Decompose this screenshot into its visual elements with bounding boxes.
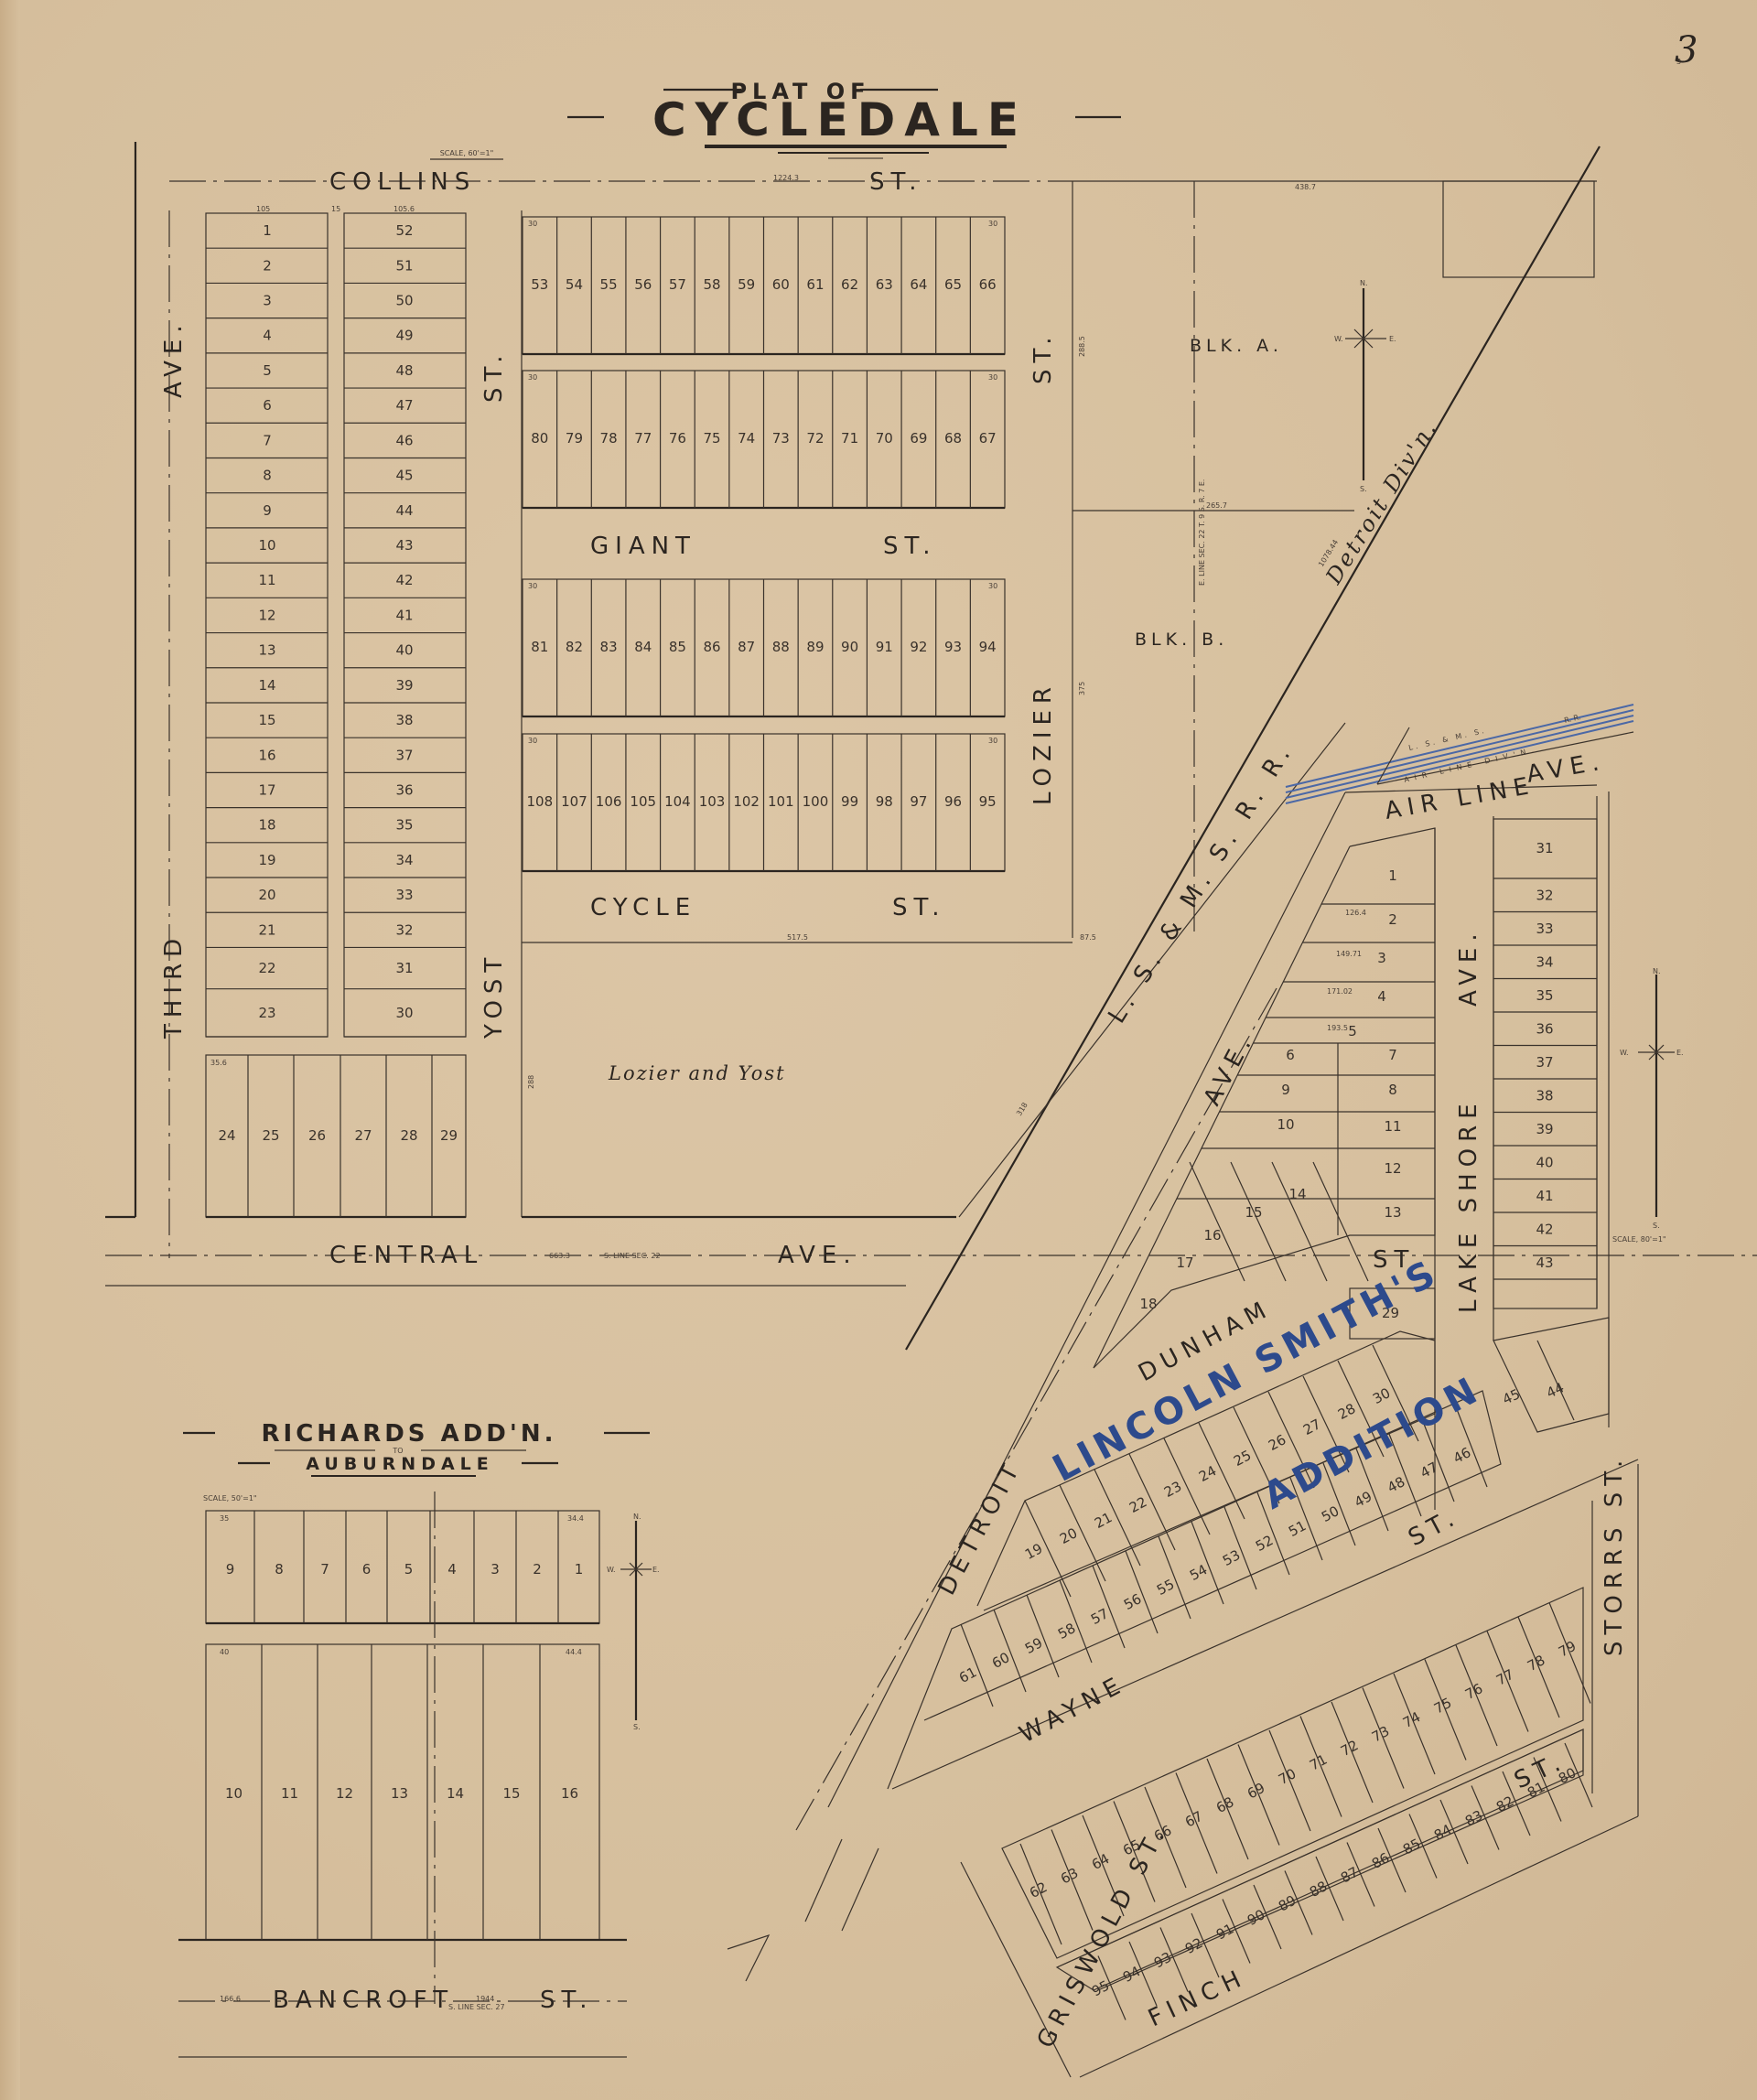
street-bancroft-st: ST. (540, 1987, 594, 2014)
block-lots-24-29: 24252627282935.6 (206, 1055, 466, 1217)
lot-27: 27 (1300, 1416, 1323, 1438)
street-giant: GIANT (590, 533, 696, 560)
lot-87: 87 (738, 639, 755, 655)
lot-28: 28 (1335, 1400, 1358, 1423)
printed-page-number: 3 (1676, 58, 1681, 66)
lot-10: 10 (1277, 1116, 1294, 1133)
blk-a-bottom-dim: 265.7 (1206, 501, 1227, 510)
lot-53: 53 (1220, 1546, 1243, 1569)
lot-107: 107 (561, 793, 587, 810)
lot-7: 7 (320, 1561, 329, 1578)
plat-map: 3 3 PLAT OF CYCLEDALE SCALE, 60'=1" COLL… (0, 0, 1757, 2100)
lot-44: 44 (395, 502, 413, 519)
lot-22: 22 (258, 960, 275, 976)
richards-addition: RICHARDS ADD'N. TO AUBURNDALE SCALE, 50'… (178, 1420, 650, 2057)
block-lots-53-66: 53545556575859606162636465663030 (523, 217, 1005, 354)
lot-32: 32 (395, 921, 413, 938)
dim-40: 40 (220, 1648, 229, 1656)
block-lots-95-108: 1081071061051041031021011009998979695303… (523, 734, 1005, 871)
lot-51: 51 (395, 257, 413, 274)
lot-32: 32 (1536, 887, 1553, 903)
main-title: PLAT OF CYCLEDALE (567, 79, 1121, 158)
lot-24: 24 (218, 1127, 235, 1144)
compass-richards-e: E. (652, 1566, 660, 1574)
lot-1: 1 (263, 222, 272, 239)
lot-55: 55 (600, 276, 618, 293)
lot-13: 13 (1384, 1204, 1401, 1221)
street-cycle-st: ST. (892, 894, 946, 921)
lozier-yost-side-dim: 288 (527, 1075, 535, 1089)
lot-62: 62 (841, 276, 858, 293)
compass-e: E. (1389, 335, 1396, 343)
bancroft-left-dim: 166.6 (220, 1995, 241, 2003)
lot-2: 2 (533, 1561, 542, 1578)
lot-6: 6 (1286, 1047, 1295, 1063)
lot-36: 36 (1536, 1020, 1553, 1037)
lot-34: 34 (1536, 953, 1553, 970)
lot-72: 72 (806, 430, 824, 447)
lot-35: 35 (1536, 987, 1553, 1004)
dim-30: 30 (528, 373, 537, 382)
street-lozier-st: ST. (1029, 330, 1057, 384)
compass-lincoln-e: E. (1676, 1049, 1684, 1057)
lot-37: 37 (395, 747, 413, 763)
lot-31: 31 (395, 960, 413, 976)
lot-19: 19 (258, 852, 275, 868)
lot-85: 85 (669, 639, 686, 655)
lot-12: 12 (1384, 1160, 1401, 1177)
lot-25: 25 (1231, 1447, 1254, 1470)
lot-68: 68 (1213, 1793, 1236, 1816)
block-b-label: BLK. B. (1135, 630, 1228, 650)
lot-14: 14 (1288, 1186, 1306, 1202)
street-lake-shore: LAKE SHORE (1455, 1097, 1482, 1313)
lot-54: 54 (1187, 1561, 1210, 1584)
dim-44-4: 44.4 (566, 1648, 582, 1656)
dim-35-6: 35.6 (210, 1059, 227, 1067)
lot-58: 58 (1055, 1620, 1078, 1642)
lot-3: 3 (1377, 950, 1386, 966)
lot-57: 57 (1088, 1605, 1111, 1628)
railroad-detroit-div: Detroit Div'n. (1320, 415, 1443, 589)
dim-105: 105 (256, 205, 270, 213)
compass-lincoln: N. S. E. W. SCALE, 80'=1" (1612, 967, 1684, 1244)
street-giant-st: ST. (883, 533, 937, 560)
block-lots-1-23: 1234567891011121314151617181920212223105… (206, 205, 340, 1037)
lot-63: 63 (1058, 1865, 1081, 1888)
lot-28: 28 (400, 1127, 417, 1144)
dim-30: 30 (528, 737, 537, 745)
blk-b-bottom-dim: 87.5 (1080, 933, 1096, 942)
compass-richards-n: N. (633, 1513, 641, 1521)
lot-54: 54 (566, 276, 583, 293)
street-third: THIRD (160, 932, 188, 1039)
street-third-ave: AVE. (160, 318, 188, 398)
lot-43: 43 (1536, 1255, 1553, 1271)
lot-34: 34 (395, 852, 413, 868)
lot-71: 71 (841, 430, 858, 447)
lot-79: 79 (1556, 1638, 1579, 1661)
lot-89: 89 (806, 639, 824, 655)
street-storrs: STORRS ST. (1601, 1454, 1628, 1656)
lot-41: 41 (395, 607, 413, 623)
blk-b-side-dim: 375 (1078, 682, 1086, 695)
lot-73: 73 (1369, 1723, 1392, 1746)
lot-40: 40 (1536, 1154, 1553, 1170)
lot-26: 26 (308, 1127, 326, 1144)
street-cycle: CYCLE (590, 894, 696, 921)
lot-6: 6 (362, 1561, 372, 1578)
compass-s: S. (1360, 485, 1367, 493)
lot-17: 17 (1176, 1255, 1193, 1271)
lot-41: 41 (1536, 1188, 1553, 1204)
compass-lincoln-n: N. (1653, 967, 1661, 975)
lot-4: 4 (447, 1561, 457, 1578)
lot-23: 23 (1161, 1478, 1184, 1501)
lot-48: 48 (395, 362, 413, 379)
lot-64: 64 (910, 276, 927, 293)
street-central-ave: AVE. (778, 1242, 857, 1269)
lot-4: 4 (1377, 988, 1386, 1005)
section-line-label: E. LINE SEC. 22 T. 9 S. R. 7 E. (1198, 479, 1206, 586)
block-lots-67-80: 80797877767574737271706968673030 (523, 371, 1005, 508)
main-scale: SCALE, 60'=1" (440, 149, 494, 157)
lot-55: 55 (1154, 1576, 1177, 1599)
lot-20: 20 (1057, 1524, 1080, 1547)
lot-12: 12 (258, 607, 275, 623)
street-collins-st: ST. (869, 168, 923, 196)
lot-49: 49 (1352, 1488, 1374, 1511)
lot-68: 68 (944, 430, 962, 447)
lot-43: 43 (395, 537, 413, 554)
lot-74: 74 (738, 430, 755, 447)
compass-main: N. S. E. W. (1334, 279, 1396, 493)
compass-lincoln-s: S. (1653, 1222, 1660, 1230)
lot-59: 59 (738, 276, 755, 293)
lot-8: 8 (263, 468, 272, 484)
lot-64: 64 (1089, 1850, 1112, 1873)
lot-39: 39 (1536, 1121, 1553, 1137)
lot-63: 63 (876, 276, 893, 293)
lot-37: 37 (1536, 1054, 1553, 1071)
lot-16: 16 (1203, 1227, 1221, 1244)
lot-10: 10 (258, 537, 275, 554)
lot-105: 105 (630, 793, 656, 810)
lot-6: 6 (263, 397, 272, 414)
street-lozier: LOZIER (1029, 681, 1057, 805)
central-length: 663.3 (549, 1252, 570, 1260)
lot-5: 5 (263, 362, 272, 379)
lot-47: 47 (1417, 1459, 1440, 1481)
lot-3: 3 (490, 1561, 500, 1578)
lot-93: 93 (944, 639, 962, 655)
lot-31: 31 (1536, 840, 1553, 856)
block-lots-81-94: 81828384858687888990919293943030 (523, 579, 1005, 716)
lot-20: 20 (258, 887, 275, 903)
lot-72: 72 (1338, 1737, 1361, 1760)
dim-30: 30 (988, 220, 997, 228)
street-wayne: WAYNE (1015, 1670, 1130, 1749)
lot-30: 30 (1370, 1384, 1393, 1407)
lot-7: 7 (263, 432, 272, 448)
lot-18: 18 (258, 817, 275, 834)
dim-30: 30 (528, 582, 537, 590)
lozier-and-yost-label: Lozier and Yost (608, 1062, 786, 1084)
lot-45: 45 (395, 468, 413, 484)
lot-38: 38 (395, 712, 413, 728)
lot-103: 103 (699, 793, 726, 810)
central-note: S. LINE SEC. 22 (604, 1252, 661, 1260)
dim-34-4: 34.4 (567, 1514, 584, 1523)
lot-26: 26 (1266, 1431, 1288, 1454)
dim-30: 30 (988, 737, 997, 745)
lot-96: 96 (944, 793, 962, 810)
lot-45: 45 (1500, 1385, 1523, 1407)
lot-53: 53 (531, 276, 548, 293)
dim-193-5: 193.5 (1327, 1024, 1348, 1032)
lot-29: 29 (440, 1127, 458, 1144)
lot-38: 38 (1536, 1087, 1553, 1104)
lot-94: 94 (979, 639, 997, 655)
lot-33: 33 (1536, 921, 1553, 937)
lot-18: 18 (1139, 1296, 1157, 1312)
lot-1: 1 (1388, 867, 1397, 884)
lot-8: 8 (275, 1561, 284, 1578)
lot-78: 78 (1525, 1652, 1547, 1675)
lot-2: 2 (1388, 911, 1397, 928)
lot-60: 60 (989, 1649, 1012, 1672)
lot-50: 50 (395, 293, 413, 309)
lot-35: 35 (395, 817, 413, 834)
lot-17: 17 (258, 782, 275, 799)
auburndale-title: AUBURNDALE (306, 1454, 494, 1474)
lot-56: 56 (634, 276, 652, 293)
lot-11: 11 (281, 1785, 298, 1802)
street-air-line-ave: AVE. (1525, 748, 1608, 789)
lot-102: 102 (733, 793, 760, 810)
lot-88: 88 (772, 639, 790, 655)
lot-14: 14 (447, 1785, 464, 1802)
lot-76: 76 (1462, 1680, 1485, 1703)
lot-11: 11 (258, 572, 275, 588)
lot-62: 62 (1027, 1879, 1050, 1901)
street-lake-shore-ave: AVE. (1455, 927, 1482, 1007)
lot-50: 50 (1319, 1502, 1342, 1525)
block-lots-30-52: 5251504948474645444342414039383736353433… (344, 205, 466, 1037)
block-a-label: BLK. A. (1190, 336, 1283, 356)
lot-24: 24 (1196, 1462, 1219, 1485)
lot-67: 67 (979, 430, 997, 447)
lot-59: 59 (1022, 1634, 1045, 1657)
street-detroit-ave: AVE. (1199, 1028, 1260, 1111)
blk-a-top-dim: 438.7 (1295, 183, 1316, 191)
lot-40: 40 (395, 642, 413, 659)
lot-84: 84 (634, 639, 652, 655)
richards-title: RICHARDS ADD'N. (262, 1420, 557, 1448)
lot-70: 70 (1276, 1765, 1299, 1788)
lot-82: 82 (566, 639, 583, 655)
railroad-lsms-label: L. S. & M. S. R. R. (1103, 737, 1299, 1028)
lot-19: 19 (1022, 1540, 1045, 1563)
lot-13: 13 (391, 1785, 408, 1802)
lot-104: 104 (664, 793, 691, 810)
compass-n: N. (1360, 279, 1368, 287)
lot-57: 57 (669, 276, 686, 293)
street-collins: COLLINS (329, 168, 476, 196)
lot-10: 10 (225, 1785, 243, 1802)
street-yost-st: ST. (480, 349, 508, 403)
lot-106: 106 (596, 793, 622, 810)
lot-65: 65 (944, 276, 962, 293)
lot-48: 48 (1385, 1473, 1407, 1496)
dim-149-71: 149.71 (1336, 950, 1362, 958)
lot-5: 5 (404, 1561, 414, 1578)
lot-92: 92 (910, 639, 927, 655)
lot-3: 3 (263, 293, 272, 309)
compass-richards: N. S. E. W. (607, 1513, 660, 1731)
lot-58: 58 (703, 276, 720, 293)
lot-71: 71 (1307, 1751, 1330, 1774)
lot-75: 75 (703, 430, 720, 447)
lot-95: 95 (979, 793, 997, 810)
diagonal-dim: 318 (1015, 1101, 1029, 1117)
lot-44: 44 (1544, 1379, 1567, 1401)
lot-9: 9 (226, 1561, 235, 1578)
lot-69: 69 (910, 430, 927, 447)
lot-52: 52 (1253, 1532, 1276, 1555)
lot-30: 30 (395, 1005, 413, 1021)
lot-51: 51 (1286, 1517, 1309, 1540)
lot-36: 36 (395, 782, 413, 799)
lot-21: 21 (258, 921, 275, 938)
lot-42: 42 (395, 572, 413, 588)
lot-77: 77 (1493, 1666, 1516, 1689)
lot-22: 22 (1126, 1493, 1149, 1516)
lot-78: 78 (600, 430, 618, 447)
title-cycledale: CYCLEDALE (652, 93, 1028, 146)
blk-a-side-dim: 288.5 (1078, 336, 1086, 357)
lot-81: 81 (531, 639, 548, 655)
lot-4: 4 (263, 328, 272, 344)
compass-lincoln-w: W. (1620, 1049, 1629, 1057)
lot-69: 69 (1245, 1780, 1267, 1803)
lot-49: 49 (395, 328, 413, 344)
dim-30: 30 (988, 582, 997, 590)
street-yost: YOST (480, 952, 508, 1039)
lot-83: 83 (600, 639, 618, 655)
lot-33: 33 (395, 887, 413, 903)
street-wayne-st: ST. (1404, 1502, 1464, 1552)
lot-75: 75 (1431, 1695, 1454, 1718)
lot-100: 100 (803, 793, 829, 810)
lot-15: 15 (502, 1785, 520, 1802)
lot-67: 67 (1182, 1808, 1205, 1831)
lot-61: 61 (806, 276, 824, 293)
lot-99: 99 (841, 793, 858, 810)
lot-76: 76 (669, 430, 686, 447)
dim-105-6: 105.6 (393, 205, 415, 213)
dim-35: 35 (220, 1514, 229, 1523)
lot-77: 77 (634, 430, 652, 447)
lot-14: 14 (258, 677, 275, 694)
lot-91: 91 (876, 639, 893, 655)
lot-16: 16 (258, 747, 275, 763)
lot-25: 25 (262, 1127, 279, 1144)
lot-46: 46 (395, 432, 413, 448)
lot-8: 8 (1388, 1082, 1397, 1098)
dim-15: 15 (331, 205, 340, 213)
lot-73: 73 (772, 430, 790, 447)
lot-12: 12 (336, 1785, 353, 1802)
lot-42: 42 (1536, 1221, 1553, 1237)
street-central: CENTRAL (329, 1242, 483, 1269)
dim-126-4: 126.4 (1345, 909, 1366, 917)
bancroft-length: 1944 (476, 1995, 494, 2003)
lot-23: 23 (258, 1005, 275, 1021)
dim-171-02: 171.02 (1327, 987, 1353, 996)
lincoln-scale: SCALE, 80'=1" (1612, 1235, 1666, 1244)
lot-86: 86 (703, 639, 720, 655)
lot-11: 11 (1384, 1118, 1401, 1135)
lot-90: 90 (841, 639, 858, 655)
lot-27: 27 (354, 1127, 372, 1144)
lot-15: 15 (258, 712, 275, 728)
lot-5: 5 (1348, 1023, 1357, 1039)
lot-97: 97 (910, 793, 927, 810)
lozier-yost-top-dim: 517.5 (787, 933, 808, 942)
lot-56: 56 (1121, 1590, 1144, 1613)
lot-70: 70 (876, 430, 893, 447)
richards-scale: SCALE, 50'=1" (203, 1494, 257, 1502)
compass-w: W. (1334, 335, 1343, 343)
lot-108: 108 (527, 793, 554, 810)
lot-9: 9 (1281, 1082, 1290, 1098)
lot-101: 101 (768, 793, 794, 810)
lot-2: 2 (263, 257, 272, 274)
lot-39: 39 (395, 677, 413, 694)
lot-46: 46 (1450, 1444, 1473, 1467)
lot-79: 79 (566, 430, 583, 447)
collins-length: 1224.3 (773, 174, 799, 182)
compass-richards-w: W. (607, 1566, 616, 1574)
lot-98: 98 (876, 793, 893, 810)
compass-richards-s: S. (633, 1723, 641, 1731)
lot-1: 1 (575, 1561, 584, 1578)
bancroft-note: S. LINE SEC. 27 (448, 2003, 505, 2011)
lot-21: 21 (1092, 1509, 1115, 1532)
lot-74: 74 (1400, 1708, 1423, 1731)
lot-16: 16 (561, 1785, 578, 1802)
dim-30: 30 (988, 373, 997, 382)
lot-47: 47 (395, 397, 413, 414)
lot-52: 52 (395, 222, 413, 239)
lot-66: 66 (979, 276, 997, 293)
lot-7: 7 (1388, 1047, 1397, 1063)
street-bancroft: BANCROFT (273, 1987, 454, 2014)
lot-80: 80 (531, 430, 548, 447)
lot-61: 61 (956, 1664, 979, 1686)
lot-9: 9 (263, 502, 272, 519)
lot-13: 13 (258, 642, 275, 659)
lot-60: 60 (772, 276, 790, 293)
dim-30: 30 (528, 220, 537, 228)
